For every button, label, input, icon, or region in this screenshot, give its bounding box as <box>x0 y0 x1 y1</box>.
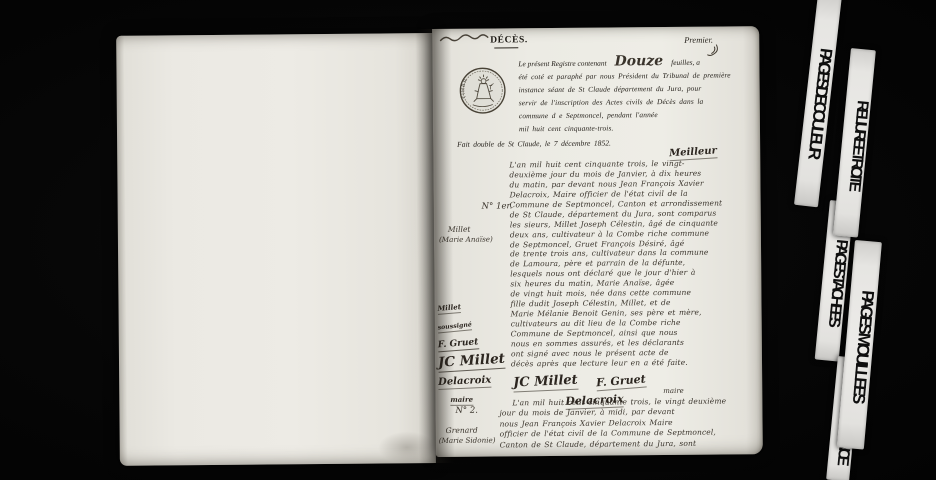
act-2-margin-name: Grenard <box>446 426 478 435</box>
preamble: Le présent Registre contenantDouzefeuill… <box>518 54 757 135</box>
ink-flourish <box>438 33 490 45</box>
preamble-line: mil huit cent cinquante-trois. <box>519 120 757 135</box>
page-title: DÉCÈS. <box>490 35 528 45</box>
margin-signature: F. Gruet <box>437 337 478 352</box>
preamble-text: feuilles, a <box>671 58 700 67</box>
signature: JC Millet <box>513 373 578 393</box>
manuscript-line: officier de l'état civil de la Commune d… <box>500 427 752 440</box>
manuscript-line: décès après que lecture leur en a été fa… <box>511 357 759 369</box>
left-blank-page <box>116 33 436 466</box>
handwritten-word-douze: Douze <box>615 53 664 69</box>
margin-signature: soussigné <box>437 321 472 333</box>
act-1-margin-name-detail: (Marie Anaïse) <box>439 235 493 244</box>
margin-signature-title: maire <box>450 395 473 406</box>
title-underline <box>494 47 518 48</box>
act-1-margin-number: N° 1er. <box>482 201 513 211</box>
preamble-text: Le présent Registre contenant <box>518 59 606 69</box>
act-2-body: L'an mil huit cent cinquante trois, le v… <box>499 396 751 450</box>
margin-signature: Delacroix <box>438 375 492 390</box>
act-2-margin-name-detail: (Marie Sidonie) <box>439 436 496 445</box>
fait-double-line: Fait double de St Claude, le 7 décembre … <box>457 139 611 149</box>
condition-label-reliure-etroite: RELIURE ETROITE <box>833 48 876 238</box>
signature-title: maire <box>663 387 684 395</box>
act-1-margin-signatures: Millet soussigné F. Gruet JC Millet Dela… <box>437 296 510 407</box>
condition-label-pages-de-couleur: PAGES DE COULEUR <box>794 0 842 207</box>
right-manuscript-page: DÉCÈS. Premier. TI <box>432 26 763 457</box>
manuscript-line: Canton de St Claude, département du Jura… <box>500 438 752 451</box>
scan-viewer-background: DÉCÈS. Premier. TI <box>0 0 936 480</box>
act-2-margin-number: N° 2. <box>455 406 478 416</box>
act-1-body: L'an mil huit cent cinquante trois, le v… <box>509 158 759 369</box>
preamble-line: été coté et paraphé par nous Président d… <box>518 68 756 83</box>
ink-smudge <box>378 431 436 464</box>
timbre-stamp: TIMBRE <box>457 65 507 115</box>
open-register-book: DÉCÈS. Premier. TI <box>116 26 763 466</box>
preamble-lines: été coté et paraphé par nous Président d… <box>518 68 757 135</box>
act-1-margin-name: Millet <box>448 225 471 234</box>
signature: F. Gruet <box>595 373 646 392</box>
margin-signature: Millet <box>437 302 461 315</box>
margin-signature: JC Millet <box>438 351 506 373</box>
